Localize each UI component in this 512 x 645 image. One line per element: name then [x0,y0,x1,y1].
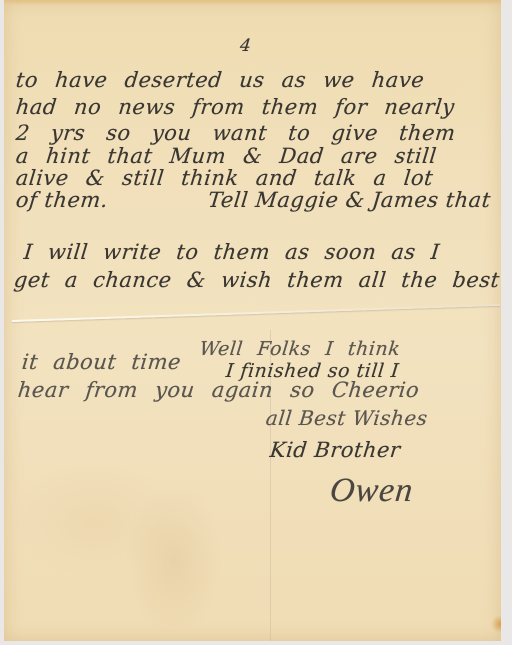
page-number: 4 [239,36,252,56]
letter-line-8: get a chance & wish them all the best [13,268,501,292]
letter-line-1: to have deserted us as we have [15,68,426,92]
corner-stain [491,615,501,633]
letter-line-10: hear from you again so Cheerio [17,378,421,402]
horizontal-fold-crease [12,304,500,322]
letter-line-4: a hint that Mum & Dad are still [15,144,438,168]
paper-top-edge [4,0,501,5]
signature: Owen [328,472,415,510]
closing-phrase: all Best Wishes [265,406,429,430]
sender-relation: Kid Brother [269,438,402,462]
letter-line-7: I will write to them as soon as I [23,240,441,264]
letter-line-6: of them.Tell Maggie & James that [15,188,492,212]
letter-line-2: had no news from them for nearly [15,95,456,119]
letter-line-6-end: Tell Maggie & James that [207,188,492,212]
letter-line-9-insert: Well Folks I think [198,338,401,360]
letter-line-9-start: it about time [21,350,183,374]
letter-line-5: alive & still think and talk a lot [15,166,435,190]
letter-page: 4 to have deserted us as we have had no … [4,0,501,641]
letter-line-6-start: of them. [15,188,110,212]
letter-line-3: 2 yrs so you want to give them [15,121,457,145]
